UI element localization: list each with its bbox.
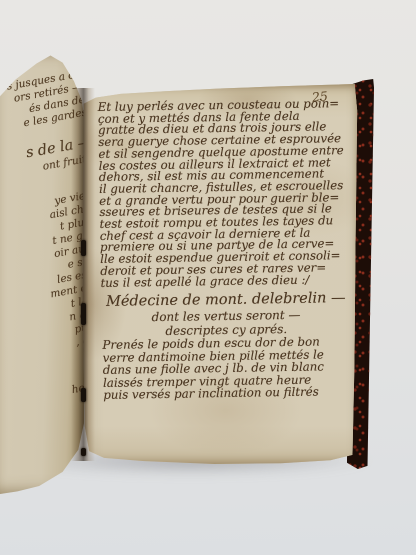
book-gutter: [71, 88, 95, 461]
manuscript-text-block: Et luy perlés avec un cousteau ou poin= …: [98, 98, 353, 402]
manuscript-photo: les jusques a ce ors retirés — és dans d…: [0, 0, 416, 555]
stitch-mark: [81, 240, 86, 256]
right-page: 25 Et luy perlés avec un cousteau ou poi…: [82, 84, 358, 464]
stitch-mark: [81, 303, 86, 325]
manuscript-line: puis versés par inclination ou filtrés: [103, 385, 352, 401]
manuscript-line: tus il est apellé la grace des dieu :/: [100, 274, 350, 290]
stitch-mark: [81, 388, 86, 402]
stitch-mark: [81, 448, 86, 456]
